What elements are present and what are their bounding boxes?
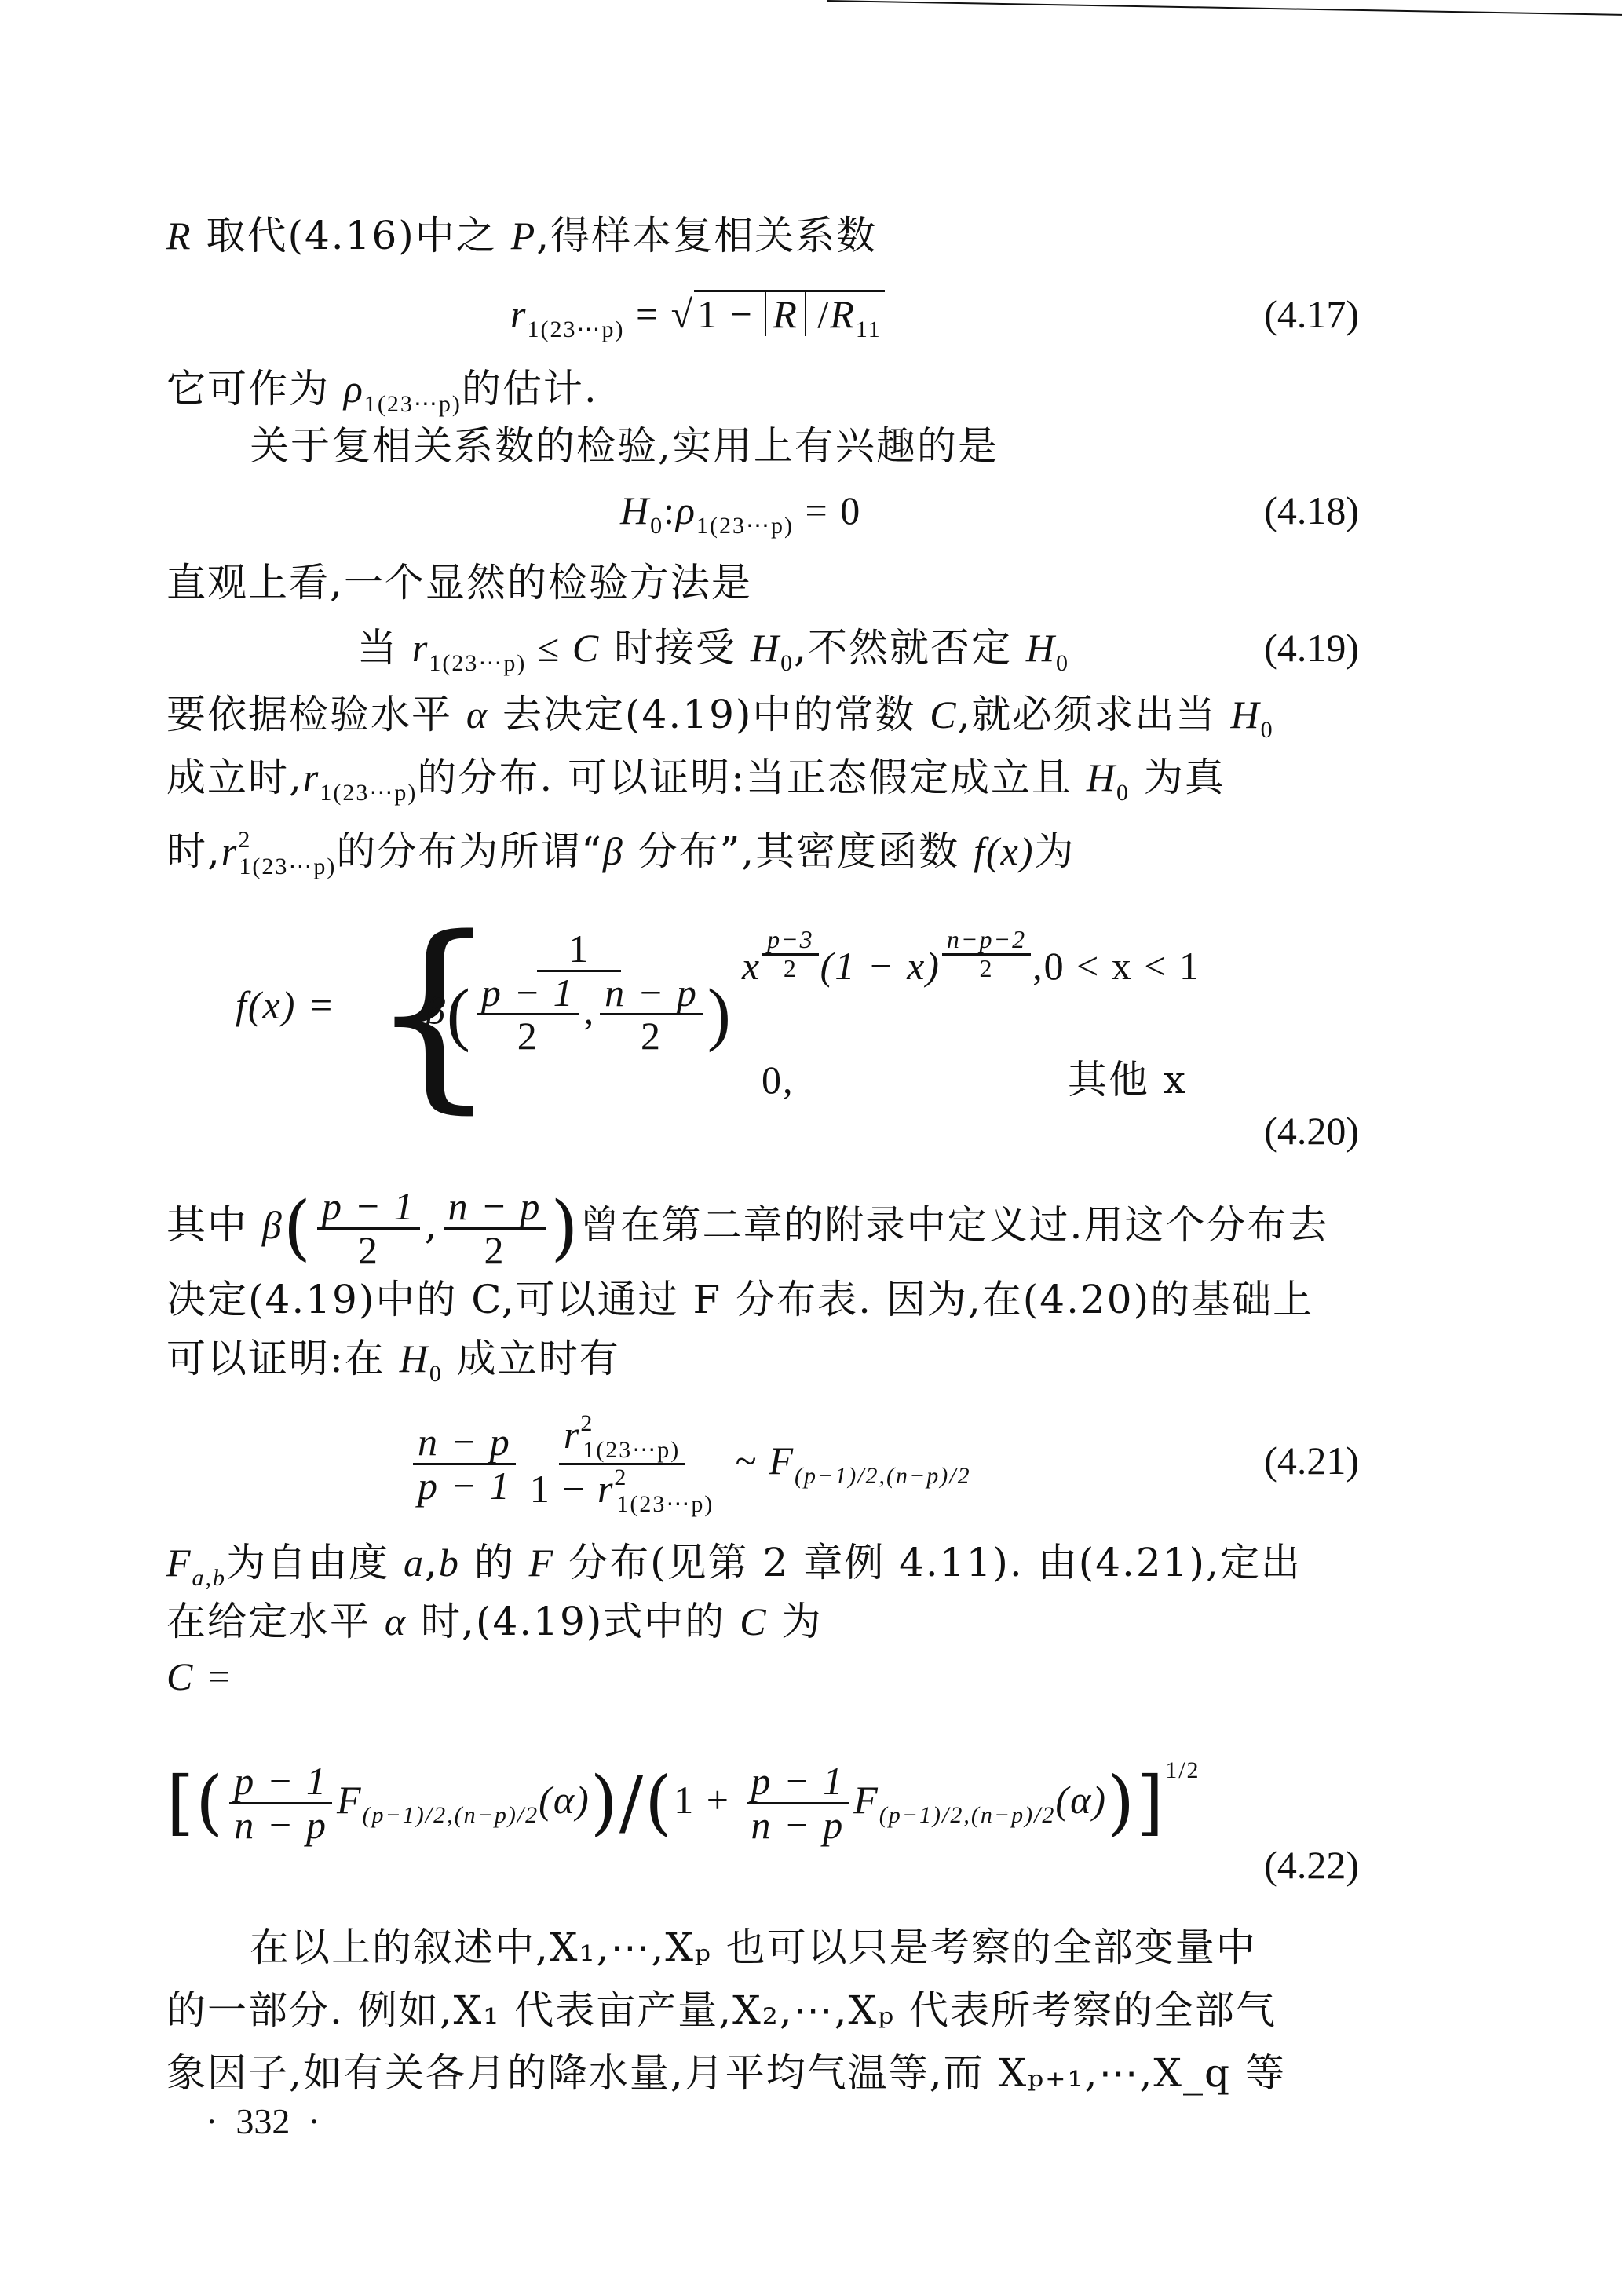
- text-line-3: 它可作为 ρ1(23⋯p)的估计.: [166, 365, 598, 428]
- text-line-10: 时,r21(23⋯p)的分布为所谓“β 分布”,其密度函数 f(x)为: [166, 817, 1075, 890]
- page-edge-line: [827, 0, 1622, 16]
- equation-number: (4.19): [1264, 624, 1359, 671]
- case-1: 1 β(p − 12,n − p2) xp−32(1 − x)n−p−22,0 …: [416, 927, 1200, 1057]
- equation-number: (4.22): [1264, 1841, 1359, 1888]
- equation-4-18: H0:ρ1(23⋯p) = 0: [620, 487, 861, 550]
- equation-4-19: 当 r1(23⋯p) ≤ C 时接受 H0,不然就否定 H0: [357, 624, 1069, 687]
- equation-number: (4.20): [1264, 1107, 1359, 1154]
- sqrt-body: 1 − R /R11: [694, 290, 885, 336]
- sqrt-symbol: √: [671, 292, 694, 336]
- text-line-18: 的一部分. 例如,X₁ 代表亩产量,X₂,⋯,Xₚ 代表所考察的全部气: [166, 1987, 1277, 2034]
- text-line-11: 其中 β(p − 12,n − p2)曾在第二章的附录中定义过.用这个分布去: [166, 1186, 1328, 1264]
- text-line-6: 直观上看,一个显然的检验方法是: [166, 559, 752, 606]
- text-line-9: 成立时,r1(23⋯p)的分布. 可以证明:当正态假定成立且 H0 为真: [166, 754, 1226, 817]
- text-line-17: 在以上的叙述中,X₁,⋯,Xₚ 也可以只是考察的全部变量中: [250, 1924, 1257, 1971]
- text-line-19: 象因子,如有关各月的降水量,月平均气温等,而 Xₚ₊₁,⋯,X_q 等: [166, 2049, 1286, 2097]
- equation-4-17: r1(23⋯p) = √1 − R /R11: [510, 291, 885, 353]
- text-line-1: R 取代(4.16)中之 P,得样本复相关系数: [166, 212, 877, 259]
- equation-4-22: [(p − 1n − pF(p−1)/2,(n−p)/2(α))/(1 + p …: [166, 1716, 1200, 1826]
- text-line-14: Fa,b为自由度 a,b 的 F 分布(见第 2 章例 4.11). 由(4.2…: [166, 1539, 1302, 1602]
- text-line-8: 要依据检验水平 α 去决定(4.19)中的常数 C,就必须求出当 H0: [166, 691, 1274, 754]
- equation-4-21: n − pp − 1r21(23⋯p)1 − r21(23⋯p) ~ F(p−1…: [408, 1409, 971, 1512]
- text-line-15: 在给定水平 α 时,(4.19)式中的 C 为: [166, 1598, 822, 1645]
- text-line-12: 决定(4.19)中的 C,可以通过 F 分布表. 因为,在(4.20)的基础上: [166, 1276, 1313, 1323]
- equation-number: (4.21): [1264, 1437, 1359, 1484]
- equation-number: (4.18): [1264, 487, 1359, 534]
- page-number: · 332 ·: [206, 2100, 320, 2142]
- text-line-4: 关于复相关系数的检验,实用上有兴趣的是: [250, 422, 999, 470]
- text-line-13: 可以证明:在 H0 成立时有: [166, 1335, 620, 1398]
- text-line-16: C =: [166, 1653, 234, 1700]
- equation-number: (4.17): [1264, 291, 1359, 338]
